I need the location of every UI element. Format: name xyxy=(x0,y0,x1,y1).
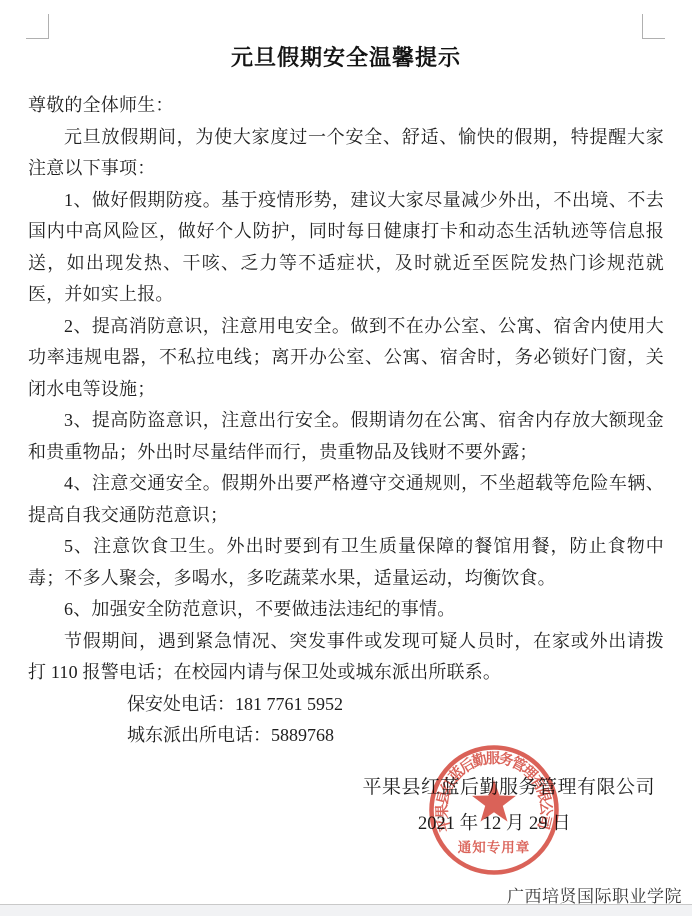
emergency-paragraph: 节假期间，遇到紧急情况、突发事件或发现可疑人员时，在家或外出请拨打 110 报警… xyxy=(28,626,664,689)
text-boundary-corner-mark-top-left xyxy=(26,14,49,39)
notice-title: 元旦假期安全温馨提示 xyxy=(28,42,664,74)
document-page: 元旦假期安全温馨提示 尊敬的全体师生： 元旦放假期间，为使大家度过一个安全、舒适… xyxy=(0,0,692,916)
salutation: 尊敬的全体师生： xyxy=(28,90,664,122)
seal-ring xyxy=(432,748,557,873)
signature-date: 2021 年 12 月 29 日 xyxy=(418,813,571,835)
notice-item-2: 2、提高消防意识，注意用电安全。做到不在办公室、公寓、宿舍内使用大功率违规电器，… xyxy=(28,311,664,406)
intro-paragraph: 元旦放假期间，为使大家度过一个安全、舒适、愉快的假期，特提醒大家注意以下事项： xyxy=(28,122,664,185)
text-boundary-corner-mark-top-right xyxy=(642,14,665,39)
police-station-phone-line: 城东派出所电话：5889768 xyxy=(28,720,664,752)
police-station-phone-label: 城东派出所电话： xyxy=(127,725,271,745)
notice-item-6: 6、加强安全防范意识，不要做违法违纪的事情。 xyxy=(28,594,664,626)
company-red-seal: 平果县红蓝后勤服务管理有限公司 通知专用章 xyxy=(424,740,564,880)
notice-item-3: 3、提高防盗意识，注意出行安全。假期请勿在公寓、宿舍内存放大额现金和贵重物品；外… xyxy=(28,405,664,468)
notice-body: 元旦假期安全温馨提示 尊敬的全体师生： 元旦放假期间，为使大家度过一个安全、舒适… xyxy=(0,0,692,752)
notice-item-5: 5、注意饮食卫生。外出时要到有卫生质量保障的餐馆用餐，防止食物中毒；不多人聚会，… xyxy=(28,531,664,594)
security-office-phone-line: 保安处电话：181 7761 5952 xyxy=(28,689,664,721)
security-office-phone-number: 181 7761 5952 xyxy=(235,694,343,714)
notice-item-1: 1、做好假期防疫。基于疫情形势，建议大家尽量减少外出，不出境、不去国内中高风险区… xyxy=(28,185,664,311)
seal-bottom-text: 通知专用章 xyxy=(458,839,531,855)
notice-item-4: 4、注意交通安全。假期外出要严格遵守交通规则，不坐超载等危险车辆、提高自我交通防… xyxy=(28,468,664,531)
viewer-bottom-edge xyxy=(0,904,692,916)
signature-company: 平果县红蓝后勤服务管理有限公司 xyxy=(362,777,655,799)
security-office-phone-label: 保安处电话： xyxy=(127,694,235,714)
police-station-phone-number: 5889768 xyxy=(271,725,334,745)
